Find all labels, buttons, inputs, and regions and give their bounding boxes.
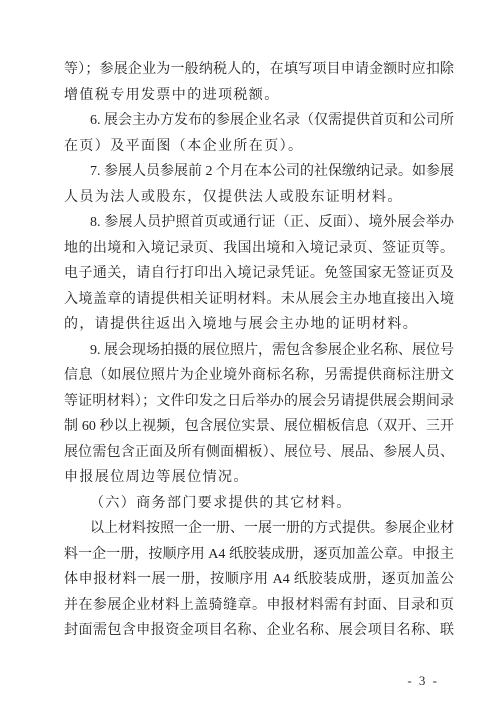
document-line: 制 60 秒以上视频，包含展位实景、展位楣板信息（双开、三开	[64, 414, 454, 440]
document-line: 申报展位周边等展位情况。	[64, 465, 454, 491]
document-body: 等）；参展企业为一般纳税人的，在填写项目申请金额时应扣除 增值税专用发票中的进项…	[64, 57, 454, 644]
document-line: 体申报材料一展一册，按顺序用 A4 纸胶装成册，逐页加盖公章，	[64, 567, 454, 593]
document-line: 以上材料按照一企一册、一展一册的方式提供。参展企业材	[64, 516, 454, 542]
page-number: - 3 -	[407, 672, 439, 690]
document-line: 的，请提供往返出入境地与展会主办地的证明材料。	[64, 312, 454, 338]
document-line: 在页）及平面图（本企业所在页）。	[64, 134, 454, 160]
document-line: 入境盖章的请提供相关证明材料。未从展会主办地直接出入境	[64, 287, 454, 313]
document-line: 料一企一册，按顺序用 A4 纸胶装成册，逐页加盖公章。申报主	[64, 542, 454, 568]
document-line: 9. 展会现场拍摄的展位照片，需包含参展企业名称、展位号	[64, 338, 454, 364]
document-line: 电子通关，请自行打印出入境记录凭证。免签国家无签证页及出	[64, 261, 454, 287]
document-line: 展位需包含正面及所有侧面楣板）、展位号、展品、参展人员、	[64, 440, 454, 466]
document-line: 8. 参展人员护照首页或通行证（正、反面）、境外展会举办	[64, 210, 454, 236]
document-line: 封面需包含申报资金项目名称、企业名称、展会项目名称、联系	[64, 618, 454, 644]
document-line: 等证明材料）；文件印发之日后举办的展会另请提供展会期间录	[64, 389, 454, 415]
document-line: 人员为法人或股东，仅提供法人或股东证明材料。	[64, 185, 454, 211]
document-line: 6. 展会主办方发布的参展企业名录（仅需提供首页和公司所	[64, 108, 454, 134]
document-line: 等）；参展企业为一般纳税人的，在填写项目申请金额时应扣除	[64, 57, 454, 83]
document-line: （六）商务部门要求提供的其它材料。	[64, 491, 454, 517]
document-page: 等）；参展企业为一般纳税人的，在填写项目申请金额时应扣除 增值税专用发票中的进项…	[0, 0, 500, 707]
document-line: 信息（如展位照片为企业境外商标名称，另需提供商标注册文件	[64, 363, 454, 389]
document-line: 地的出境和入境记录页、我国出境和入境记录页、签证页等。如	[64, 236, 454, 262]
document-line: 增值税专用发票中的进项税额。	[64, 83, 454, 109]
document-line: 7. 参展人员参展前 2 个月在本公司的社保缴纳记录。如参展	[64, 159, 454, 185]
document-line: 并在参展企业材料上盖骑缝章。申报材料需有封面、目录和页码，	[64, 593, 454, 619]
